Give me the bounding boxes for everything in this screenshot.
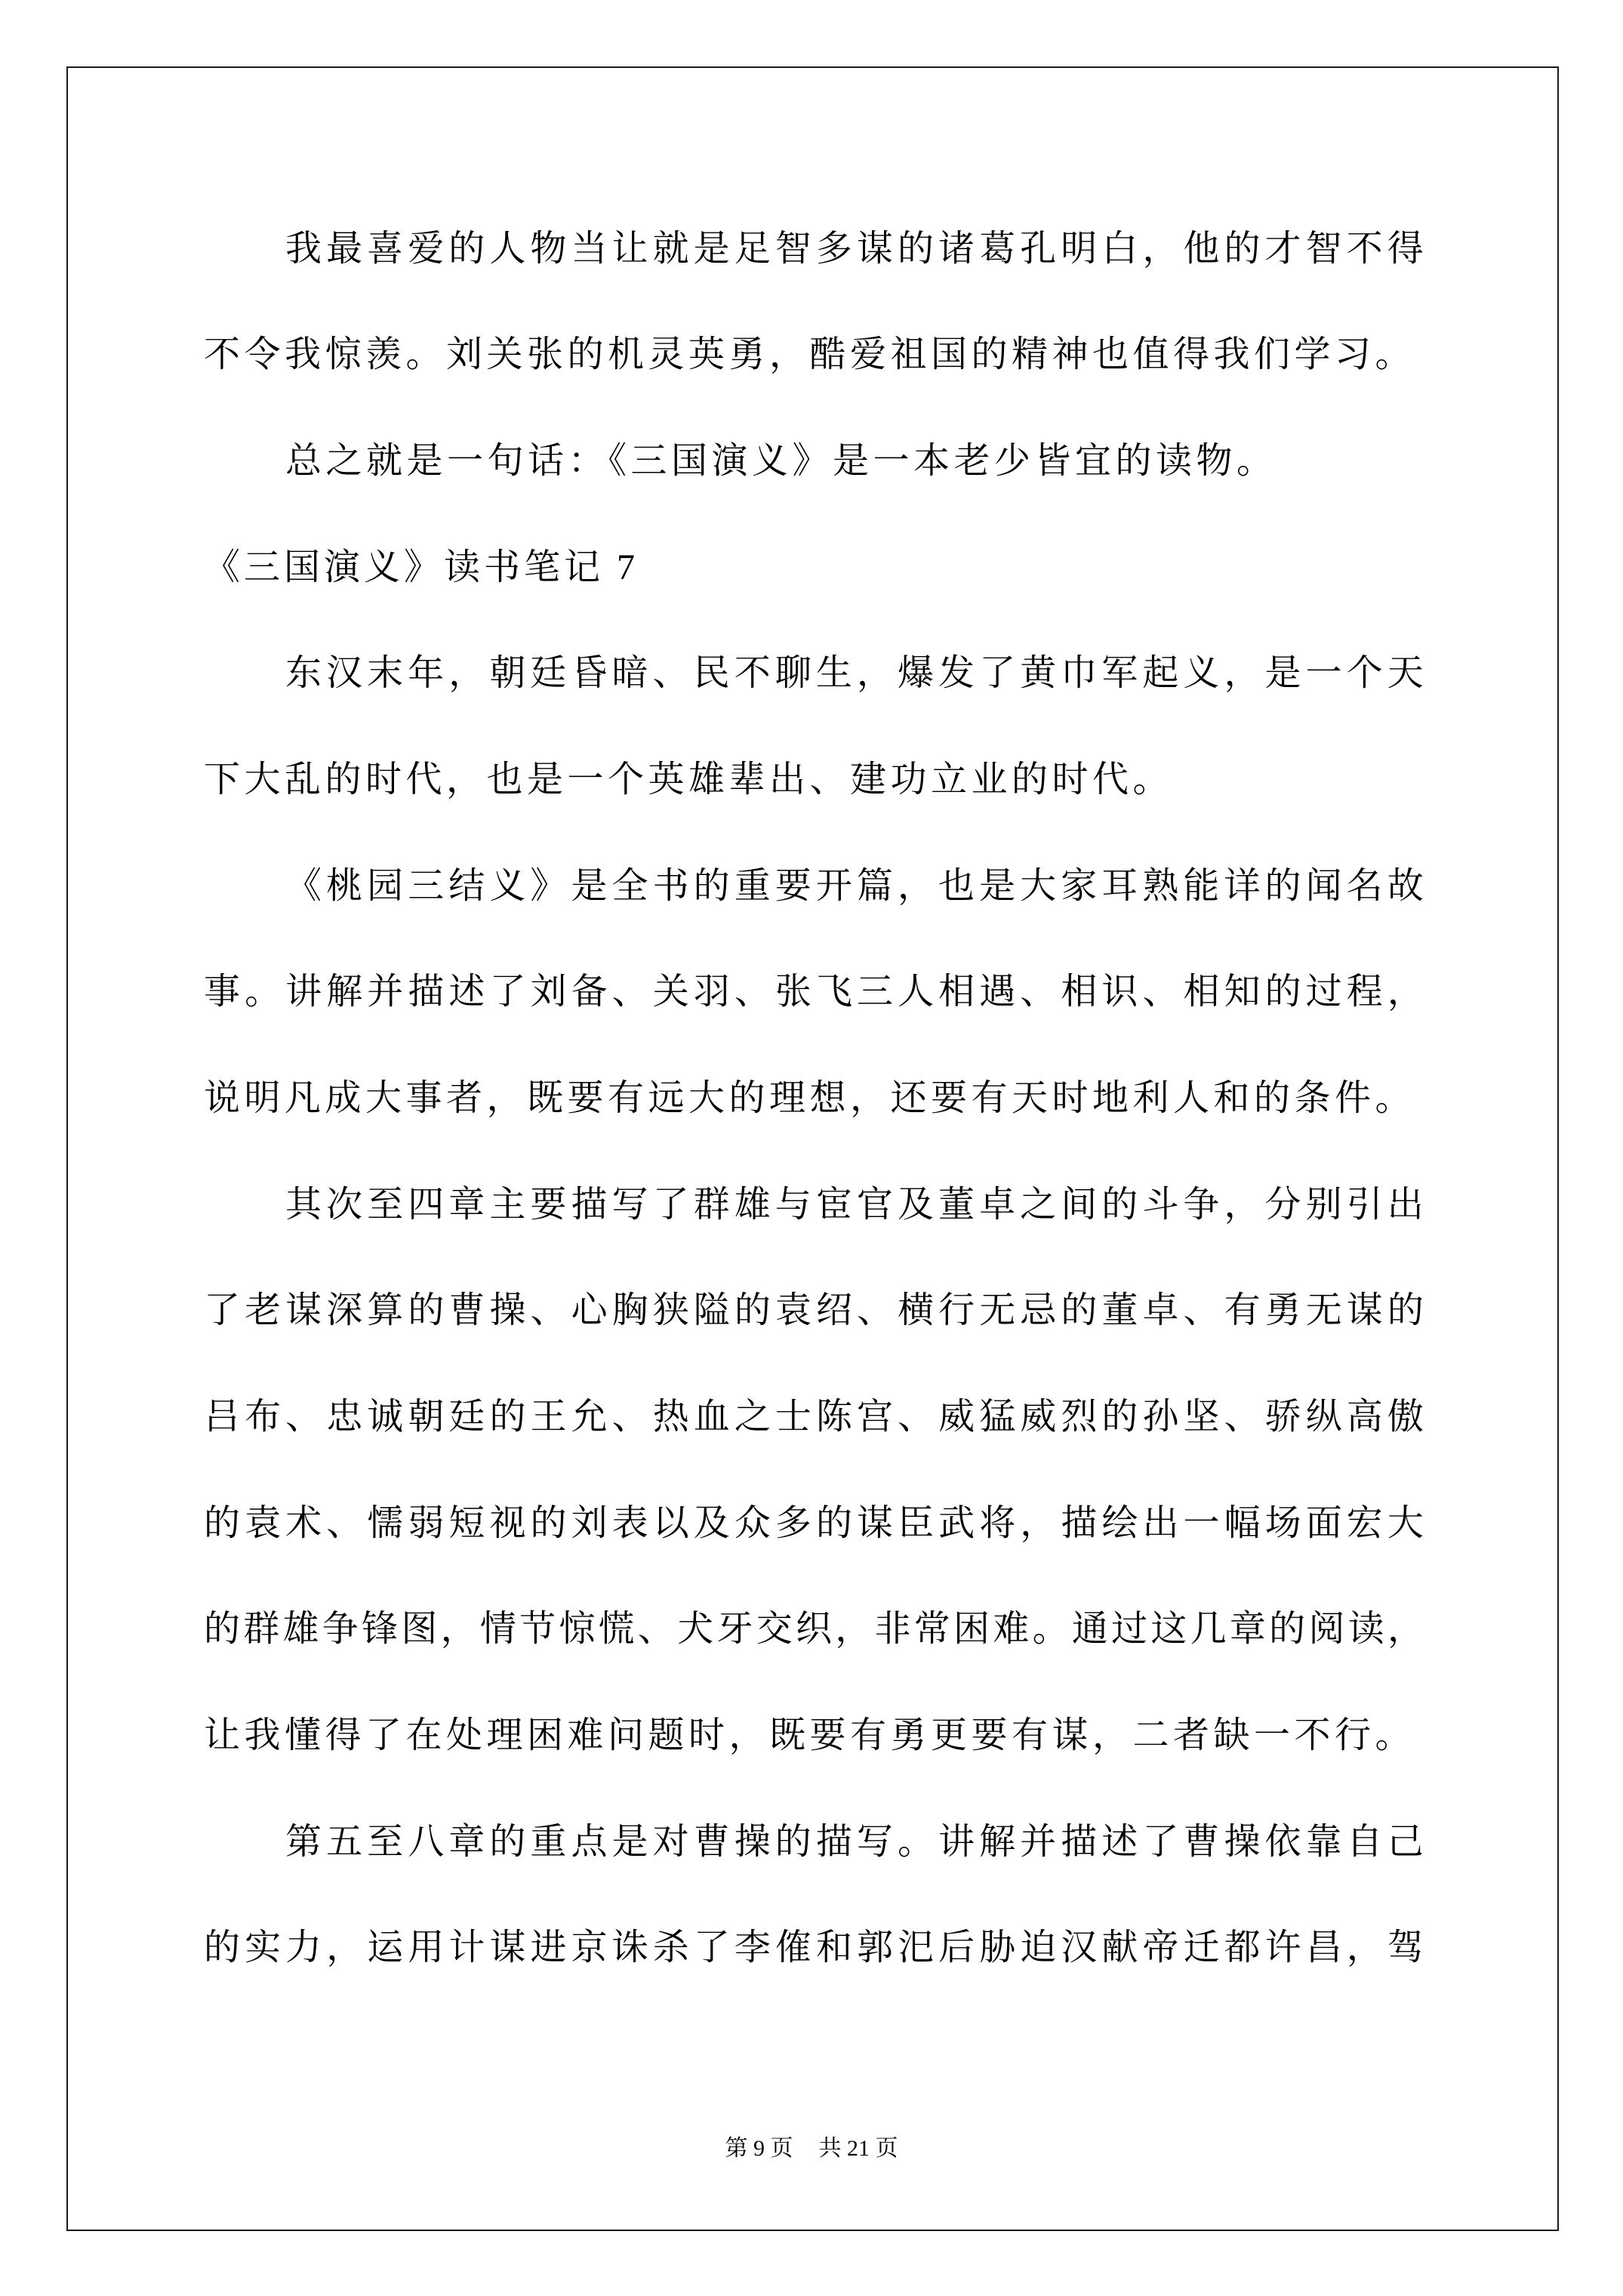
paragraph-line: 其次至四章主要描写了群雄与宦官及董卓之间的斗争，分别引出	[285, 1182, 1424, 1228]
paragraph-line: 让我懂得了在处理困难问题时，既要有勇更要有谋，二者缺一不行。	[204, 1713, 1424, 1758]
paragraph-line: 事。讲解并描述了刘备、关羽、张飞三人相遇、相识、相知的过程，	[204, 969, 1424, 1015]
paragraph-line: 说明凡成大事者，既要有远大的理想，还要有天时地利人和的条件。	[204, 1076, 1424, 1121]
total-pages-label: 共 21 页	[819, 2134, 898, 2164]
paragraph-line: 不令我惊羡。刘关张的机灵英勇，酷爱祖国的精神也值得我们学习。	[204, 332, 1424, 378]
paragraph-line: 吕布、忠诚朝廷的王允、热血之士陈宫、威猛威烈的孙坚、骄纵高傲	[204, 1395, 1424, 1440]
paragraph-line: 我最喜爱的人物当让就是足智多谋的诸葛孔明白，他的才智不得	[285, 227, 1424, 272]
paragraph-line: 的群雄争锋图，情节惊慌、犬牙交织，非常困难。通过这几章的阅读，	[204, 1607, 1424, 1652]
paragraph-line: 的实力，运用计谋进京诛杀了李傕和郭汜后胁迫汉献帝迁都许昌，驾	[204, 1925, 1424, 1971]
paragraph-line: 总之就是一句话：《三国演义》是一本老少皆宜的读物。	[285, 439, 1424, 484]
section-heading: 《三国演义》读书笔记 7	[204, 545, 639, 590]
paragraph-line: 下大乱的时代，也是一个英雄辈出、建功立业的时代。	[204, 757, 1424, 803]
current-page-label: 第 9 页	[725, 2134, 793, 2164]
paragraph-line: 了老谋深算的曹操、心胸狭隘的袁绍、横行无忌的董卓、有勇无谋的	[204, 1288, 1424, 1333]
page-footer: 第 9 页共 21 页	[0, 2134, 1623, 2164]
paragraph-line: 第五至八章的重点是对曹操的描写。讲解并描述了曹操依靠自己	[285, 1820, 1424, 1865]
paragraph-line: 《桃园三结义》是全书的重要开篇，也是大家耳熟能详的闻名故	[285, 864, 1424, 909]
paragraph-line: 东汉末年，朝廷昏暗、民不聊生，爆发了黄巾军起义，是一个天	[285, 651, 1424, 696]
paragraph-line: 的袁术、懦弱短视的刘表以及众多的谋臣武将，描绘出一幅场面宏大	[204, 1501, 1424, 1546]
page-border-frame	[66, 66, 1559, 2231]
